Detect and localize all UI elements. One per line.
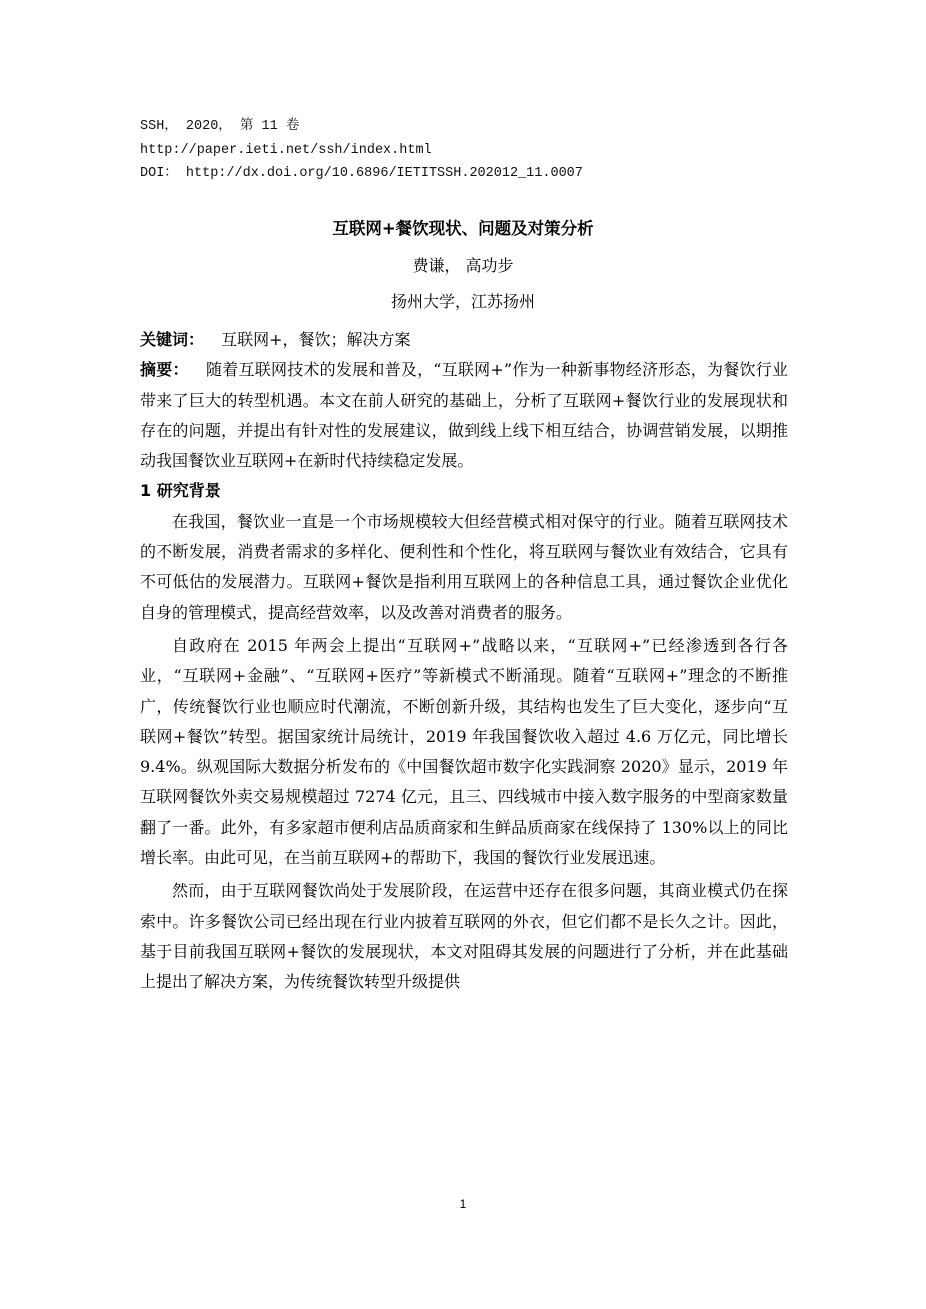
paper-title: 互联网+餐饮现状、问题及对策分析 <box>0 215 926 239</box>
keywords: 关键词： 互联网+，餐饮；解决方案 <box>140 325 788 355</box>
paper-authors: 费谦， 高功步 <box>0 253 926 276</box>
page-number: 1 <box>0 1197 926 1211</box>
journal-volume-line: SSH， 2020， 第 11 卷 <box>140 115 583 139</box>
abstract: 摘要： 随着互联网技术的发展和普及，“互联网+”作为一种新事物经济形态，为餐饮行… <box>140 355 788 476</box>
journal-header: SSH， 2020， 第 11 卷 http://paper.ieti.net/… <box>140 115 583 186</box>
keywords-label: 关键词： <box>140 330 204 349</box>
keywords-text: 互联网+，餐饮；解决方案 <box>221 330 410 349</box>
section-heading: 1 研究背景 <box>140 476 788 506</box>
abstract-label: 摘要： <box>140 360 189 379</box>
abstract-text: 随着互联网技术的发展和普及，“互联网+”作为一种新事物经济形态，为餐饮行业带来了… <box>140 360 788 470</box>
paper-body: 关键词： 互联网+，餐饮；解决方案 摘要： 随着互联网技术的发展和普及，“互联网… <box>140 325 788 1001</box>
paper-affiliation: 扬州大学，江苏扬州 <box>0 289 926 312</box>
paragraph: 然而，由于互联网餐饮尚处于发展阶段，在运营中还存在很多问题，其商业模式仍在探索中… <box>140 876 788 997</box>
paragraph: 在我国，餐饮业一直是一个市场规模较大但经营模式相对保守的行业。随着互联网技术的不… <box>140 507 788 628</box>
journal-url-line: http://paper.ieti.net/ssh/index.html <box>140 139 583 163</box>
doi-line: DOI： http://dx.doi.org/10.6896/IETITSSH.… <box>140 162 583 186</box>
paragraph: 自政府在 2015 年两会上提出“互联网+”战略以来，“互联网+”已经渗透到各行… <box>140 631 788 873</box>
